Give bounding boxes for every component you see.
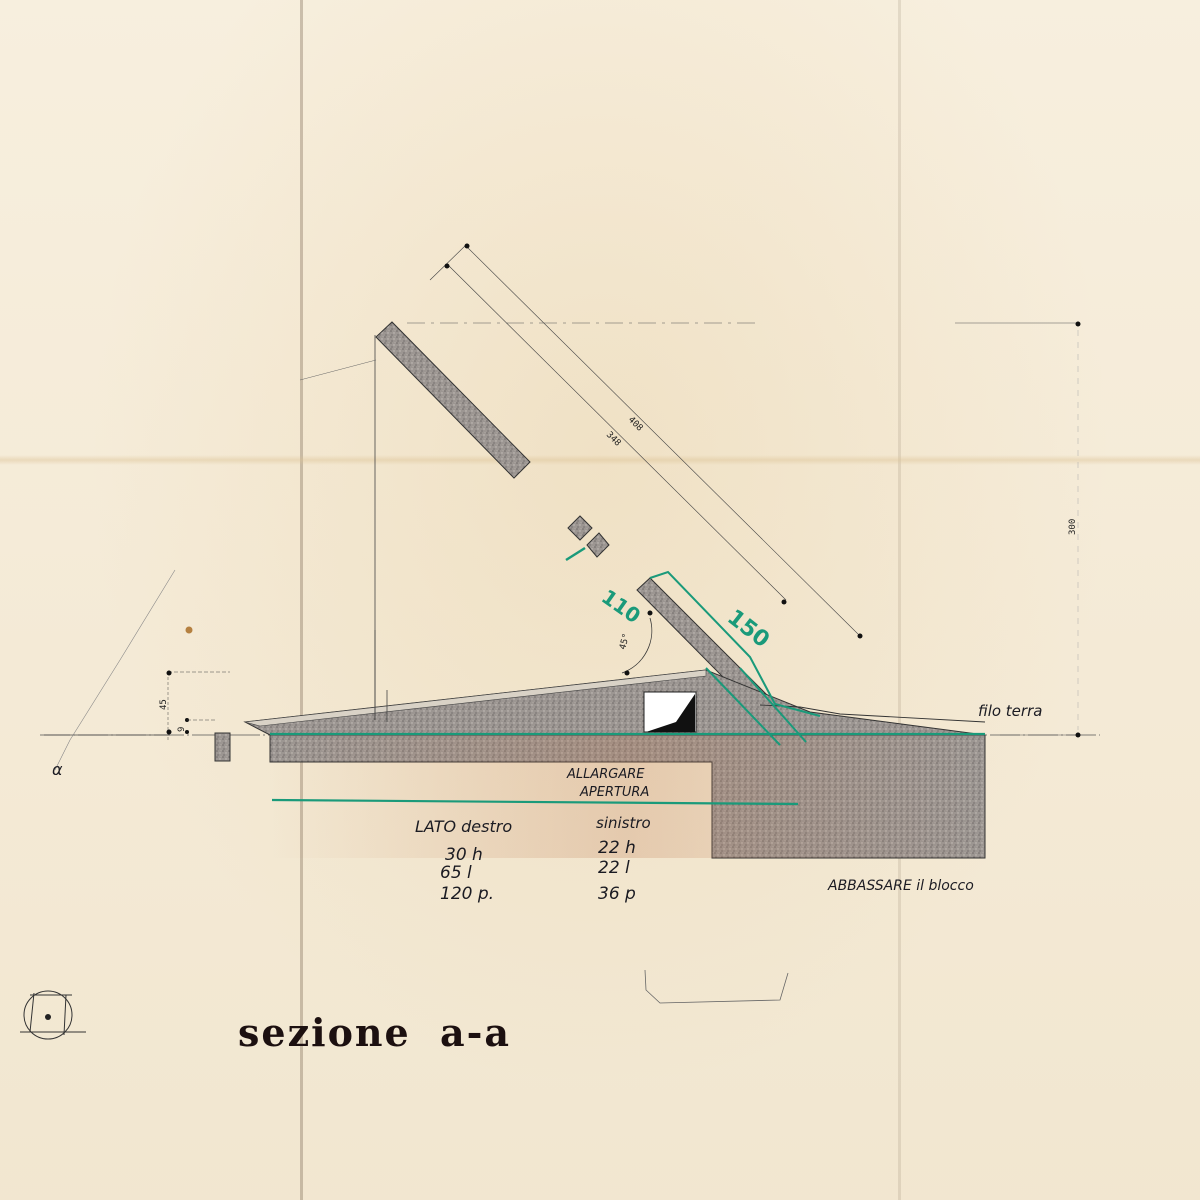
note-allargare: ALLARGARE [566, 767, 645, 782]
table-right-header: sinistro [596, 814, 651, 832]
table-left-header: LATO destro [415, 817, 512, 836]
sloped-wedge [245, 670, 985, 735]
slab-block-1 [568, 516, 592, 540]
section-drawing: 408 348 300 45° 45 9 150 110 [0, 0, 1200, 1200]
table-right-value: 22 h [598, 838, 636, 858]
dim-line-408 [465, 245, 860, 636]
green-150-label: 150 [722, 605, 774, 653]
note-abbassare: ABBASSARE il blocco [827, 878, 974, 894]
table-right-value: 36 p [598, 884, 636, 904]
dim-300-label: 300 [1068, 519, 1078, 535]
note-apertura: APERTURA [579, 785, 649, 800]
table-left-value: 120 p. [440, 884, 494, 904]
note-filo-terra: filo terra [978, 702, 1042, 720]
dim-408-label: 408 [626, 415, 645, 434]
table-left-value: 30 h [445, 845, 483, 865]
left-small-block [215, 733, 230, 761]
table-right-value: 22 l [598, 858, 630, 878]
pencil-diagonal [55, 570, 175, 770]
section-title: sezione a-a [238, 1010, 511, 1055]
table-left-value: 65 l [440, 863, 472, 883]
pencil-bracket [645, 970, 788, 1003]
section-marker-icon: α [52, 760, 63, 779]
angle-label: 45° [618, 632, 632, 650]
inclined-slab-upper [376, 322, 530, 478]
slab-block-2 [587, 533, 609, 557]
dim-9-label: 9 [177, 727, 187, 732]
stain-dot [186, 627, 193, 634]
dim-348-label: 348 [604, 430, 623, 449]
dim-45-label: 45 [159, 699, 169, 710]
north-marker-icon [20, 991, 86, 1039]
